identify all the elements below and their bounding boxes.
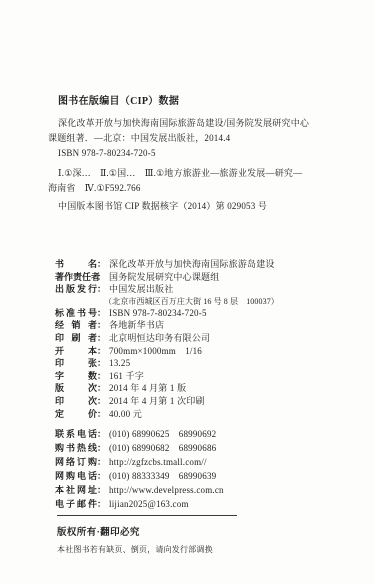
info-row-format: 开本：700mm×1000mm 1/16: [55, 345, 349, 358]
info-label: 著作责任者: [55, 271, 97, 284]
publisher-address: （北京市西城区百万庄大街 16 号 8 层 100037）: [55, 296, 349, 307]
info-row-impression: 印次：2014 年 4 月第 1 次印刷: [55, 395, 349, 408]
contact-label: 购书热线: [55, 441, 97, 455]
info-value: 2014 年 4 月第 1 次印刷: [109, 396, 205, 406]
info-label: 标准书号: [55, 307, 97, 320]
contact-row-order-phone: 网购电话：(010) 88333349 68990639: [55, 469, 349, 483]
info-row-isbn: 标准书号：ISBN 978-7-80234-720-5: [55, 307, 349, 320]
cip-classification-line-2: 海南省 Ⅳ.①F592.766: [48, 181, 349, 196]
contact-label: 网购电话: [55, 469, 97, 483]
info-colon: ：: [97, 383, 106, 393]
info-colon: ：: [97, 371, 106, 381]
info-value: 700mm×1000mm 1/16: [109, 346, 202, 356]
contact-value: (010) 68990682 68990686: [109, 443, 216, 453]
info-colon: ：: [97, 259, 106, 269]
cip-isbn-line: ISBN 978-7-80234-720-5: [48, 146, 349, 161]
info-colon: ：: [97, 346, 106, 356]
info-value: 深化改革开放与加快海南国际旅游岛建设: [109, 259, 275, 269]
cip-registry-line: 中国版本图书馆 CIP 数据核字（2014）第 029053 号: [48, 199, 349, 214]
contact-value: http://zgfzcbs.tmall.com//: [109, 457, 207, 467]
contact-value: (010) 68990625 68990692: [109, 429, 216, 439]
info-value: 40.00 元: [109, 409, 142, 419]
info-row-printer: 印刷者：北京明恒达印务有限公司: [55, 332, 349, 345]
cip-block: 图书在版编目（CIP）数据 深化改革开放与加快海南国际旅游岛建设/国务院发展研究…: [48, 94, 349, 214]
info-label: 印刷者: [55, 332, 97, 345]
info-label: 定价: [55, 408, 97, 421]
info-value: 161 千字: [109, 371, 144, 381]
colophon-page: 图书在版编目（CIP）数据 深化改革开放与加快海南国际旅游岛建设/国务院发展研究…: [0, 0, 375, 584]
info-row-price: 定价：40.00 元: [55, 408, 349, 421]
contact-colon: ：: [97, 457, 106, 467]
contact-row-hotline: 购书热线：(010) 68990682 68990686: [55, 441, 349, 455]
cip-classification-line-1: Ⅰ.①深… Ⅱ.①国… Ⅲ.①地方旅游业—旅游业发展—研究—: [48, 166, 349, 181]
info-row-title: 书名：深化改革开放与加快海南国际旅游岛建设: [55, 258, 349, 271]
info-label: 印次: [55, 395, 97, 408]
contact-row-online-store: 网络订购：http://zgfzcbs.tmall.com//: [55, 455, 349, 469]
info-row-distributor: 经销者：各地新华书店: [55, 319, 349, 332]
contact-row-phone: 联系电话：(010) 68990625 68990692: [55, 427, 349, 441]
contact-colon: ：: [97, 443, 106, 453]
info-label: 书名: [55, 258, 97, 271]
footer-divider: [57, 515, 237, 516]
contact-row-email: 电子邮件：lijian2025@163.com: [55, 497, 349, 511]
book-info-block: 书名：深化改革开放与加快海南国际旅游岛建设 著作责任者：国务院发展研究中心课题组…: [55, 258, 349, 420]
contact-value: http://www.develpress.com.cn: [109, 485, 224, 495]
info-colon: ：: [97, 284, 106, 294]
info-value: 各地新华书店: [109, 320, 164, 330]
info-colon: ：: [97, 308, 106, 318]
contact-colon: ：: [97, 429, 106, 439]
contact-colon: ：: [97, 471, 106, 481]
info-row-edition: 版次：2014 年 4 月第 1 版: [55, 382, 349, 395]
contact-label: 网络订购: [55, 455, 97, 469]
contact-value: (010) 88333349 68990639: [109, 471, 216, 481]
copyright-notice: 版权所有·翻印必究: [57, 524, 375, 538]
cip-record-line-2: 课题组著．—北京：中国发展出版社，2014.4: [48, 131, 349, 146]
exchange-note: 本社图书若有缺页、倒页，请向发行部调换: [57, 544, 375, 555]
info-value: 中国发展出版社: [109, 284, 173, 294]
contact-block: 联系电话：(010) 68990625 68990692 购书热线：(010) …: [55, 427, 349, 511]
contact-label: 电子邮件: [55, 497, 97, 511]
info-value: 北京明恒达印务有限公司: [109, 333, 210, 343]
info-label: 出版发行: [55, 283, 97, 296]
info-label: 开本: [55, 345, 97, 358]
contact-label: 联系电话: [55, 427, 97, 441]
info-value: ISBN 978-7-80234-720-5: [109, 308, 207, 318]
info-label: 经销者: [55, 319, 97, 332]
info-label: 版次: [55, 382, 97, 395]
contact-colon: ：: [97, 499, 106, 509]
info-row-author: 著作责任者：国务院发展研究中心课题组: [55, 271, 349, 284]
contact-label: 本社网址: [55, 483, 97, 497]
info-colon: ：: [97, 333, 106, 343]
info-colon: ：: [97, 272, 106, 282]
contact-row-website: 本社网址：http://www.develpress.com.cn: [55, 483, 349, 497]
info-label: 印张: [55, 357, 97, 370]
info-row-sheets: 印张：13.25: [55, 357, 349, 370]
info-label: 字数: [55, 370, 97, 383]
cip-record-line-1: 深化改革开放与加快海南国际旅游岛建设/国务院发展研究中心: [48, 116, 349, 131]
cip-heading: 图书在版编目（CIP）数据: [48, 94, 349, 109]
info-colon: ：: [97, 409, 106, 419]
info-colon: ：: [97, 358, 106, 368]
contact-colon: ：: [97, 485, 106, 495]
info-value: 国务院发展研究中心课题组: [109, 272, 219, 282]
info-value: 13.25: [109, 358, 130, 368]
info-row-publisher: 出版发行：中国发展出版社: [55, 283, 349, 296]
contact-value: lijian2025@163.com: [109, 499, 189, 509]
info-colon: ：: [97, 396, 106, 406]
info-colon: ：: [97, 320, 106, 330]
info-value: 2014 年 4 月第 1 版: [109, 383, 186, 393]
info-row-wordcount: 字数：161 千字: [55, 370, 349, 383]
